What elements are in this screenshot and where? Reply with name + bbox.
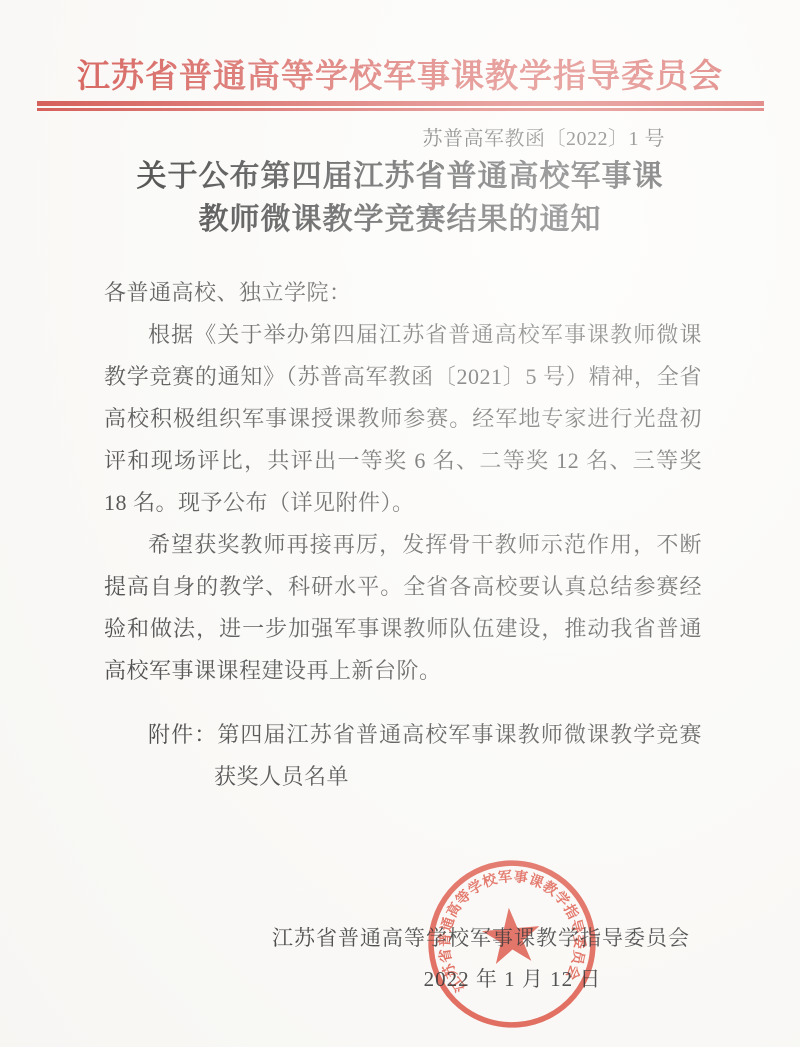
document-body: 各普通高校、独立学院： 根据《关于举办第四届江苏省普通高校军事课教师微课教学竞赛… [104,272,702,798]
body-paragraph-1: 根据《关于举办第四届江苏省普通高校军事课教师微课教学竞赛的通知》（苏普高军教函〔… [104,314,702,524]
body-paragraph-2: 希望获奖教师再接再厉，发挥骨干教师示范作用，不断提高自身的教学、科研水平。全省各… [104,524,702,692]
letterhead-divider [37,101,764,111]
document-title: 关于公布第四届江苏省普通高校军事课 教师微课教学竞赛结果的通知 [0,155,800,241]
divider-thin-line [37,108,764,111]
attachment-note: 附件：第四届江苏省普通高校军事课教师微课教学竞赛获奖人员名单 [104,714,702,798]
salutation: 各普通高校、独立学院： [104,272,702,314]
document-title-line1: 关于公布第四届江苏省普通高校军事课 [0,155,800,198]
document-page: 江苏省普通高等学校军事课教学指导委员会 苏普高军教函〔2022〕1 号 关于公布… [0,0,800,1047]
signature-date: 2022 年 1 月 12 日 [225,963,800,993]
signature-org-name: 江苏省普通高等学校军事课教学指导委员会 [0,922,690,952]
attachment-label: 附件： [148,722,217,747]
attachment-text: 第四届江苏省普通高校军事课教师微课教学竞赛获奖人员名单 [214,722,702,789]
document-title-line2: 教师微课教学竞赛结果的通知 [0,198,800,241]
letterhead-org-name: 江苏省普通高等学校军事课教学指导委员会 [0,50,800,97]
divider-thick-line [37,101,764,106]
doc-number: 苏普高军教函〔2022〕1 号 [423,122,666,151]
